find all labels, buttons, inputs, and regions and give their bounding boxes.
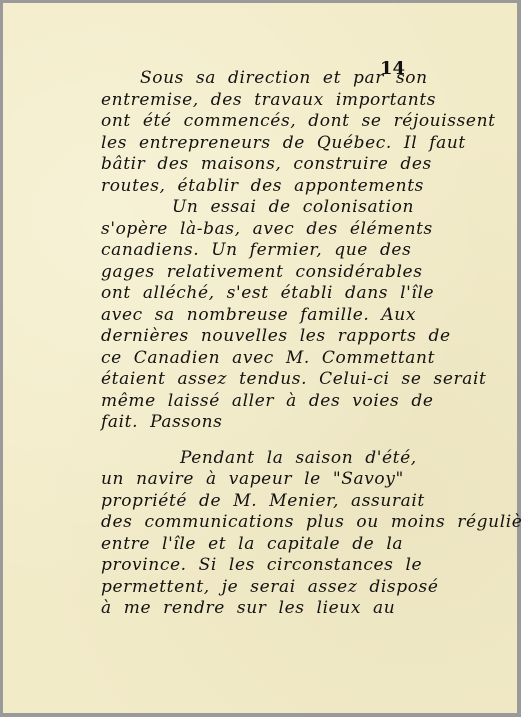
handwritten-line: dernières nouvelles les rapports de (101, 326, 451, 346)
manuscript-page: 14 Sous sa direction et par sonentremise… (3, 3, 517, 713)
handwritten-line: propriété de M. Menier, assurait (101, 491, 425, 511)
handwritten-line: canadiens. Un fermier, que des (101, 240, 411, 260)
handwritten-line: avec sa nombreuse famille. Aux (101, 305, 416, 325)
handwritten-line: des communications plus ou moins réguliè… (101, 512, 521, 532)
handwritten-line: s'opère là-bas, avec des éléments (101, 219, 433, 239)
handwritten-line: province. Si les circonstances le (101, 555, 422, 575)
handwritten-line: ont été commencés, dont se réjouissent (101, 111, 496, 131)
handwritten-line: gages relativement considérables (101, 262, 423, 282)
handwritten-line: ce Canadien avec M. Commettant (101, 348, 435, 368)
handwritten-line: permettent, je serai assez disposé (101, 577, 439, 597)
handwritten-line: fait. Passons (101, 412, 222, 432)
handwritten-line: entre l'île et la capitale de la (101, 534, 403, 554)
handwritten-line: Sous sa direction et par son (140, 68, 428, 88)
handwritten-line: routes, établir des appontements (101, 176, 424, 196)
handwritten-line: les entrepreneurs de Québec. Il faut (101, 133, 466, 153)
handwritten-line: à me rendre sur les lieux au (101, 598, 395, 618)
handwritten-line: ont alléché, s'est établi dans l'île (101, 283, 434, 303)
handwritten-line: un navire à vapeur le "Savoy" (101, 469, 404, 489)
handwritten-line: étaient assez tendus. Celui-ci se serait (101, 369, 486, 389)
handwritten-line: bâtir des maisons, construire des (101, 154, 432, 174)
handwritten-line: même laissé aller à des voies de (101, 391, 434, 411)
handwritten-line: entremise, des travaux importants (101, 90, 436, 110)
handwritten-line: Un essai de colonisation (172, 197, 414, 217)
handwritten-line: Pendant la saison d'été, (180, 448, 417, 468)
